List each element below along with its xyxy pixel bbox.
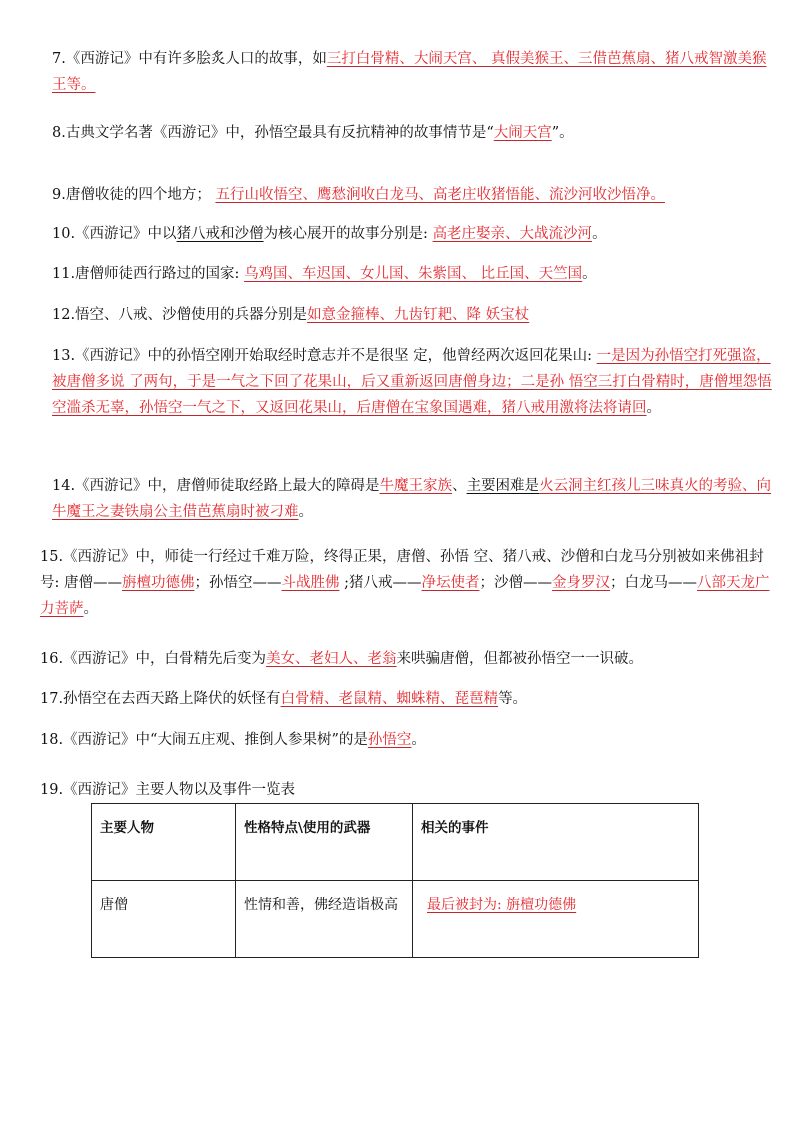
- q18-suffix: 。: [411, 732, 426, 748]
- q8-suffix: ”。: [552, 125, 574, 141]
- q14-underlined: 主要困难是: [467, 478, 540, 494]
- question-8: 8.古典文学名著《西游记》中，孙悟空最具有反抗精神的故事情节是“大闹天宫”。: [52, 120, 774, 146]
- q14-answer-obstacle: 牛魔王家族: [380, 478, 453, 494]
- q18-prompt: 18.《西游记》中“大闹五庄观、推倒人参果树”的是: [40, 732, 368, 748]
- cell-events: 最后被封为: 旃檀功德佛: [413, 881, 699, 958]
- header-related-events: 相关的事件: [413, 804, 699, 881]
- q9-answer: 五行山收悟空、鹰愁涧收白龙马、高老庄收猪悟能、流沙河收沙悟净。: [215, 187, 665, 203]
- q15-answer-bajie: 净坛使者: [422, 575, 480, 591]
- question-15: 15.《西游记》中，师徒一行经过千难万险，终得正果，唐僧、孙悟 空、猪八戒、沙僧…: [40, 544, 774, 622]
- question-17: 17.孙悟空在去西天路上降伏的妖怪有白骨精、老鼠精、蜘蛛精、琵琶精等。: [40, 686, 774, 712]
- q11-answer: 乌鸡国、车迟国、女儿国、朱紫国、 比丘国、天竺国: [244, 266, 582, 282]
- q12-prompt: 12.悟空、八戒、沙僧使用的兵器分别是: [52, 307, 307, 323]
- q10-answer: 高老庄娶亲、大战流沙河: [433, 226, 593, 242]
- question-12: 12.悟空、八戒、沙僧使用的兵器分别是如意金箍棒、九齿钉耙、降 妖宝杖: [52, 302, 774, 328]
- question-11: 11.唐僧师徒西行路过的国家: 乌鸡国、车迟国、女儿国、朱紫国、 比丘国、天竺国…: [52, 261, 774, 287]
- q8-answer: 大闹天宫: [494, 125, 552, 141]
- q16-prompt: 16.《西游记》中，白骨精先后变为: [40, 651, 266, 667]
- q15-sep-3: ；沙僧——: [480, 575, 553, 591]
- q10-underlined: 猪八戒和沙僧: [177, 226, 264, 242]
- q10-suffix: 。: [592, 226, 607, 242]
- q13-prompt: 13.《西游记》中的孙悟空刚开始取经时意志并不是很坚 定，他曾经两次返回花果山:: [52, 348, 597, 364]
- table-header-row: 主要人物 性格特点\使用的武器 相关的事件: [92, 804, 699, 881]
- q14-prompt: 14.《西游记》中，唐僧师徒取经路上最大的障碍是: [52, 478, 380, 494]
- q11-suffix: 。: [582, 266, 597, 282]
- q15-answer-tangseng: 旃檀功德佛: [122, 575, 195, 591]
- q10-prompt: 10.《西游记》中以: [52, 226, 177, 242]
- header-main-character: 主要人物: [92, 804, 236, 881]
- q14-middle: 、: [452, 478, 467, 494]
- q18-answer: 孙悟空: [368, 732, 412, 748]
- question-18: 18.《西游记》中“大闹五庄观、推倒人参果树”的是孙悟空。: [40, 727, 774, 753]
- q17-answer: 白骨精、老鼠精、蜘蛛精、琵琶精: [281, 691, 499, 707]
- q17-prompt: 17.孙悟空在去西天路上降伏的妖怪有: [40, 691, 281, 707]
- cell-traits: 性情和善，佛经造诣极高: [236, 881, 413, 958]
- q15-sep-4: ；白龙马——: [610, 575, 697, 591]
- question-13: 13.《西游记》中的孙悟空刚开始取经时意志并不是很坚 定，他曾经两次返回花果山:…: [52, 343, 774, 421]
- q16-suffix: 来哄骗唐僧，但都被孙悟空一一识破。: [397, 651, 644, 667]
- q9-prompt: 9.唐僧收徒的四个地方；: [52, 187, 215, 203]
- q7-prompt: 7.《西游记》中有许多脍炙人口的故事，如: [52, 51, 327, 67]
- event-answer: 最后被封为: 旃檀功德佛: [427, 897, 576, 913]
- question-16: 16.《西游记》中，白骨精先后变为美女、老妇人、老翁来哄骗唐僧，但都被孙悟空一一…: [40, 646, 774, 672]
- q15-answer-shaseng: 金身罗汉: [552, 575, 610, 591]
- q16-answer: 美女、老妇人、老翁: [266, 651, 397, 667]
- question-7: 7.《西游记》中有许多脍炙人口的故事，如三打白骨精、大闹天宫、 真假美猴王、三借…: [52, 46, 774, 98]
- q11-prompt: 11.唐僧师徒西行路过的国家:: [52, 266, 244, 282]
- q15-answer-wukong: 斗战胜佛: [282, 575, 340, 591]
- q15-sep-1: ；孙悟空——: [195, 575, 282, 591]
- q15-suffix: 。: [84, 601, 99, 617]
- q17-suffix: 等。: [498, 691, 527, 707]
- question-9: 9.唐僧收徒的四个地方； 五行山收悟空、鹰愁涧收白龙马、高老庄收猪悟能、流沙河收…: [52, 182, 774, 208]
- cell-character: 唐僧: [92, 881, 236, 958]
- header-traits-weapons: 性格特点\使用的武器: [236, 804, 413, 881]
- question-19-title: 19.《西游记》主要人物以及事件一览表: [40, 777, 774, 803]
- q15-sep-2: ;猪八戒——: [340, 575, 422, 591]
- q10-middle: 为核心展开的故事分别是:: [264, 226, 433, 242]
- question-14: 14.《西游记》中，唐僧师徒取经路上最大的障碍是牛魔王家族、主要困难是火云洞主红…: [52, 473, 774, 525]
- q13-suffix: 。: [647, 400, 662, 416]
- q8-prompt: 8.古典文学名著《西游记》中，孙悟空最具有反抗精神的故事情节是“: [52, 125, 494, 141]
- table-row: 唐僧 性情和善，佛经造诣极高 最后被封为: 旃檀功德佛: [92, 881, 699, 958]
- q14-suffix: 。: [299, 504, 314, 520]
- characters-table: 主要人物 性格特点\使用的武器 相关的事件 唐僧 性情和善，佛经造诣极高 最后被…: [91, 803, 699, 958]
- question-10: 10.《西游记》中以猪八戒和沙僧为核心展开的故事分别是: 高老庄娶亲、大战流沙河…: [52, 221, 774, 247]
- q12-answer: 如意金箍棒、九齿钉耙、降 妖宝杖: [307, 307, 529, 323]
